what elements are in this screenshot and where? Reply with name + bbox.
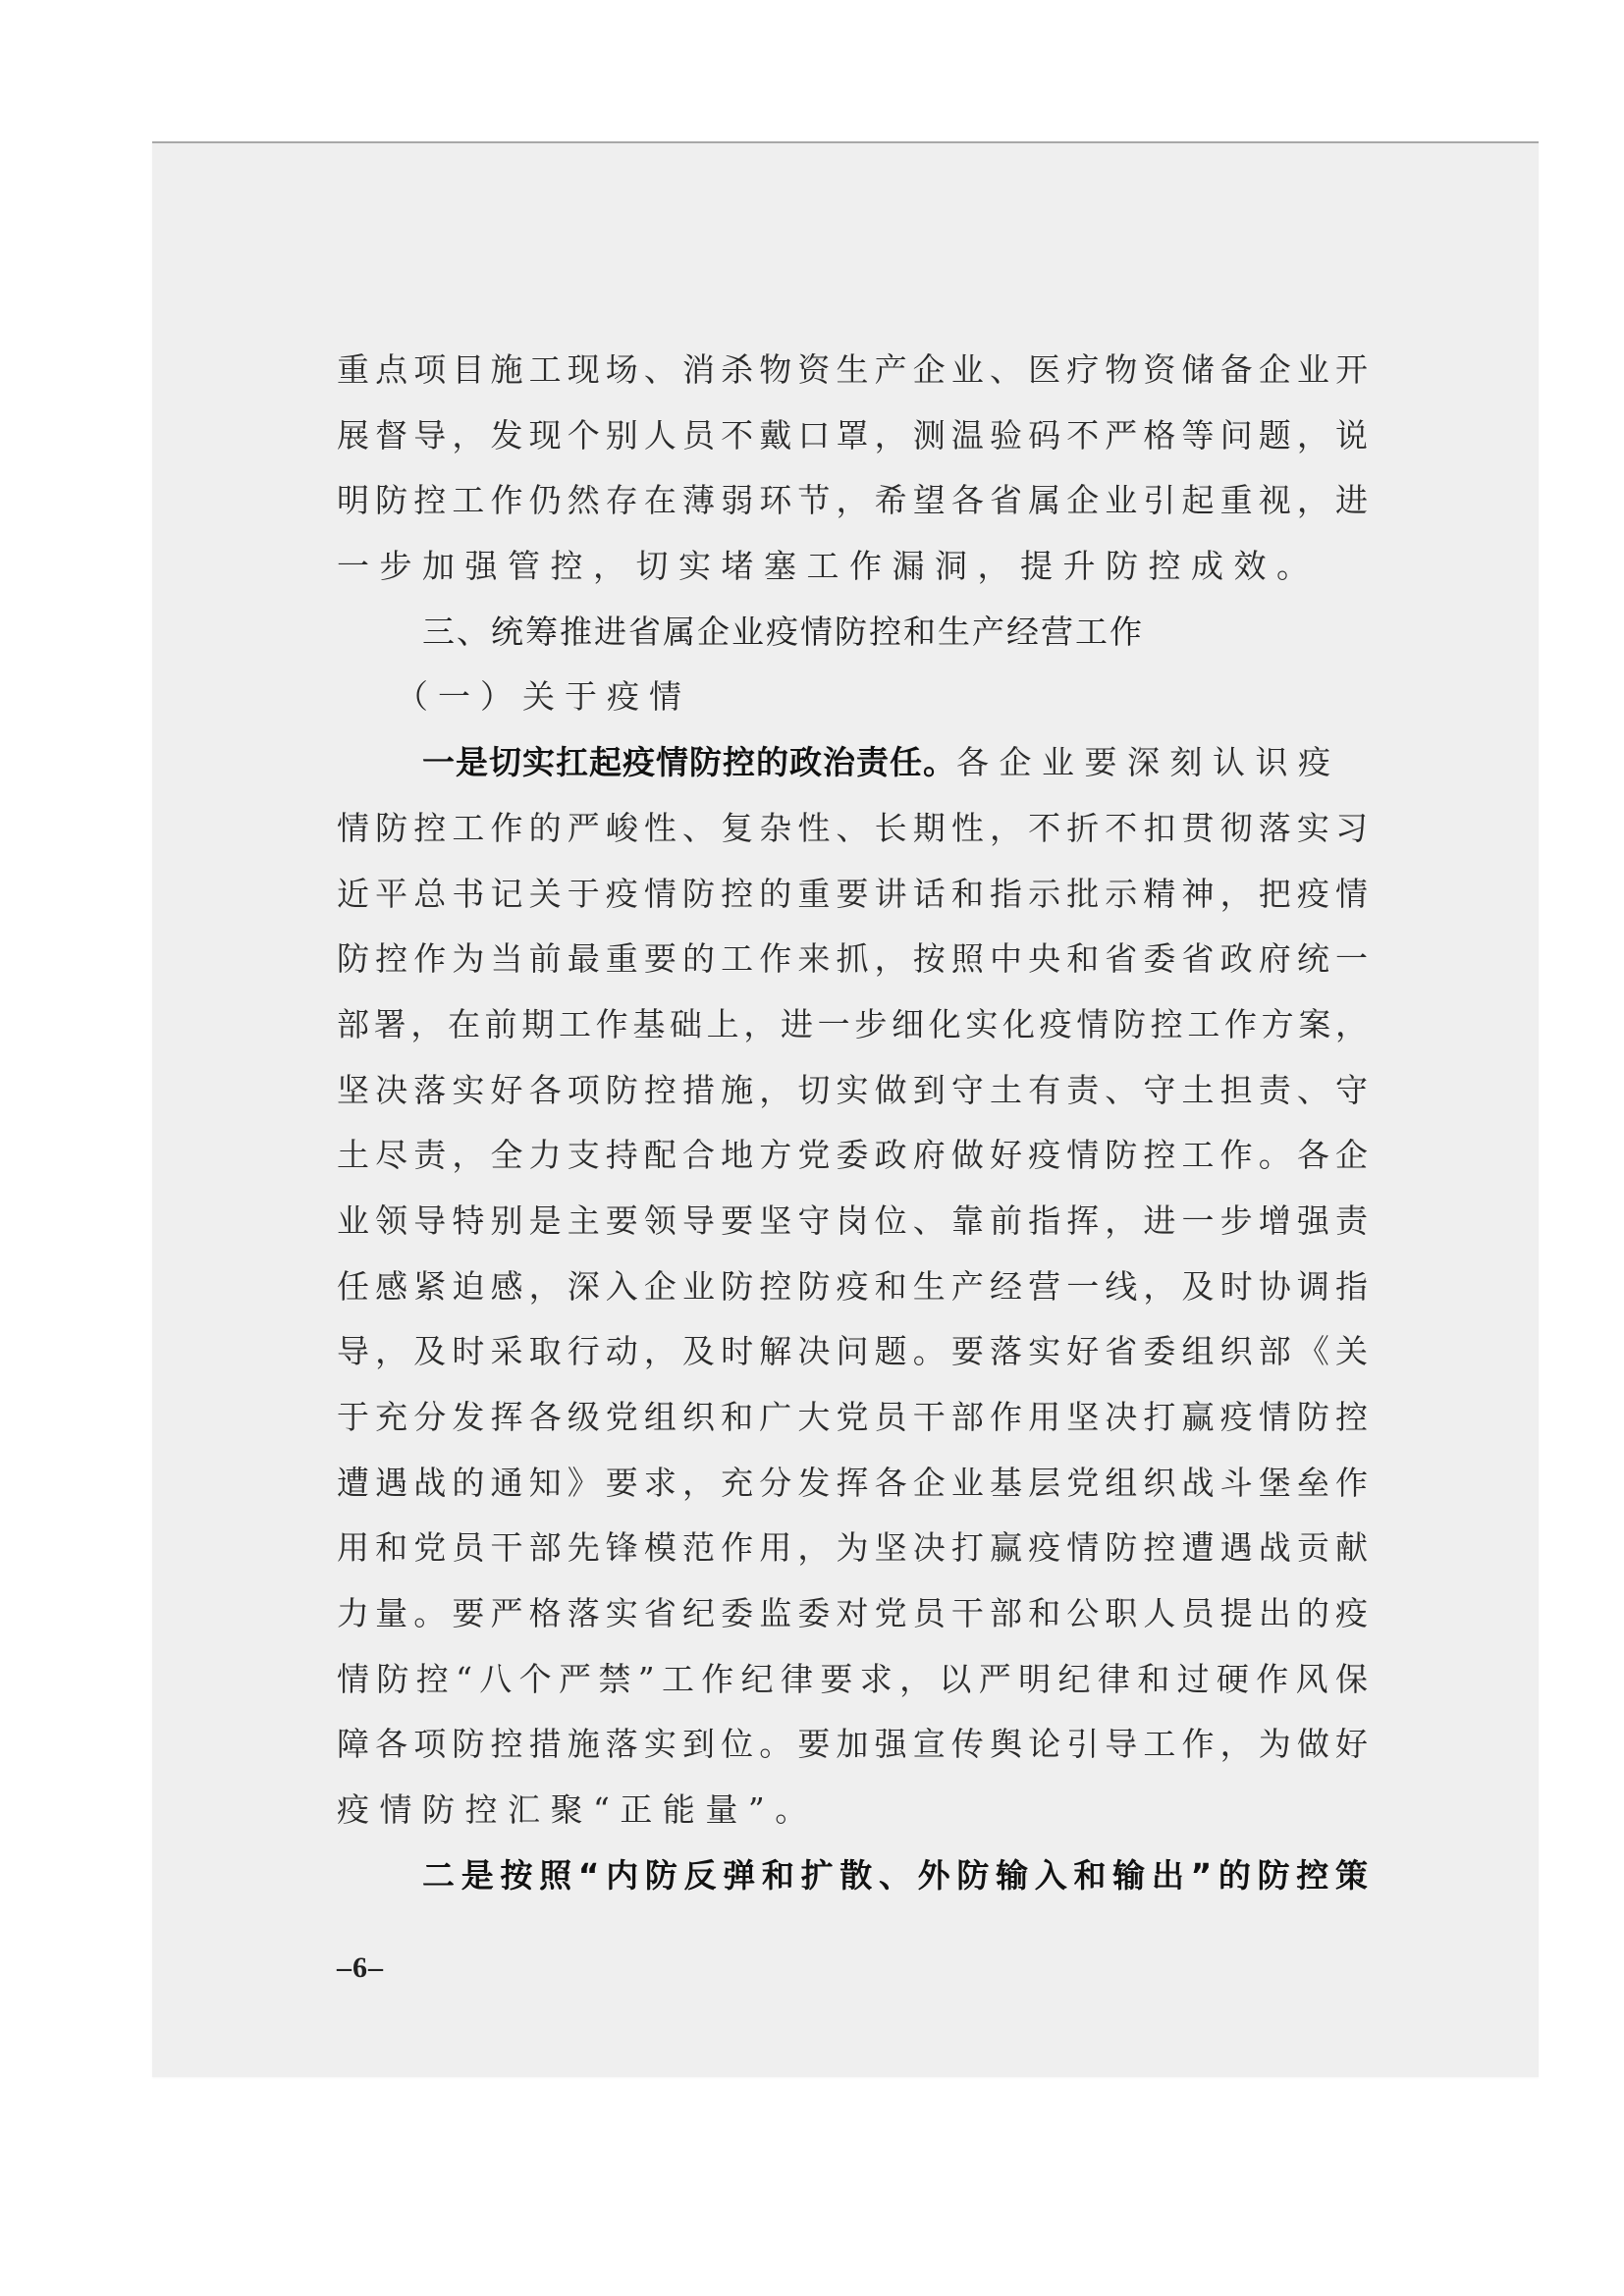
section-heading: 三、统筹推进省属企业疫情防控和生产经营工作 <box>337 600 1368 666</box>
body-line: 情防控“八个严禁”工作纪律要求，以严明纪律和过硬作风保 <box>337 1647 1368 1713</box>
body-line: 疫情防控汇聚“正能量”。 <box>337 1778 1368 1843</box>
body-line: 遭遇战的通知》要求，充分发挥各企业基层党组织战斗堡垒作 <box>337 1451 1368 1517</box>
point2-lead: 二是按照“内防反弹和扩散、外防输入和输出”的防控策 <box>337 1843 1368 1909</box>
document-body: 重点项目施工现场、消杀物资生产企业、医疗物资储备企业开 展督导，发现个别人员不戴… <box>337 338 1368 1909</box>
body-line: 任感紧迫感，深入企业防控防疫和生产经营一线，及时协调指 <box>337 1255 1368 1320</box>
body-line: 障各项防控措施落实到位。要加强宣传舆论引导工作，为做好 <box>337 1712 1368 1778</box>
point1-tail: 各企业要深刻认识疫 <box>956 743 1341 781</box>
page-number: –6– <box>337 1951 384 1985</box>
body-line: 情防控工作的严峻性、复杂性、长期性，不折不扣贯彻落实习 <box>337 796 1368 862</box>
body-line: 防控作为当前最重要的工作来抓，按照中央和省委省政府统一 <box>337 927 1368 992</box>
body-line: 于充分发挥各级党组织和广大党员干部作用坚决打赢疫情防控 <box>337 1385 1368 1451</box>
body-line: 坚决落实好各项防控措施，切实做到守土有责、守土担责、守 <box>337 1058 1368 1124</box>
subsection-heading: （一）关于疫情 <box>337 665 1368 730</box>
point1-first-line: 一是切实扛起疫情防控的政治责任。各企业要深刻认识疫 <box>337 730 1368 796</box>
body-line: 近平总书记关于疫情防控的重要讲话和指示批示精神，把疫情 <box>337 862 1368 928</box>
body-line: 重点项目施工现场、消杀物资生产企业、医疗物资储备企业开 <box>337 338 1368 403</box>
point1-lead: 一是切实扛起疫情防控的政治责任。 <box>422 743 956 781</box>
body-line: 明防控工作仍然存在薄弱环节，希望各省属企业引起重视，进 <box>337 468 1368 534</box>
body-line: 力量。要严格落实省纪委监委对党员干部和公职人员提出的疫 <box>337 1581 1368 1647</box>
body-line: 一步加强管控，切实堵塞工作漏洞，提升防控成效。 <box>337 534 1368 600</box>
body-line: 土尽责，全力支持配合地方党委政府做好疫情防控工作。各企 <box>337 1123 1368 1189</box>
body-line: 展督导，发现个别人员不戴口罩，测温验码不严格等问题，说 <box>337 403 1368 469</box>
body-line: 导，及时采取行动，及时解决问题。要落实好省委组织部《关 <box>337 1319 1368 1385</box>
body-line: 用和党员干部先锋模范作用，为坚决打赢疫情防控遭遇战贡献 <box>337 1516 1368 1581</box>
body-line: 业领导特别是主要领导要坚守岗位、靠前指挥，进一步增强责 <box>337 1189 1368 1255</box>
document-page: 重点项目施工现场、消杀物资生产企业、医疗物资储备企业开 展督导，发现个别人员不戴… <box>152 141 1539 2077</box>
body-line: 部署，在前期工作基础上，进一步细化实化疫情防控工作方案， <box>337 992 1368 1058</box>
